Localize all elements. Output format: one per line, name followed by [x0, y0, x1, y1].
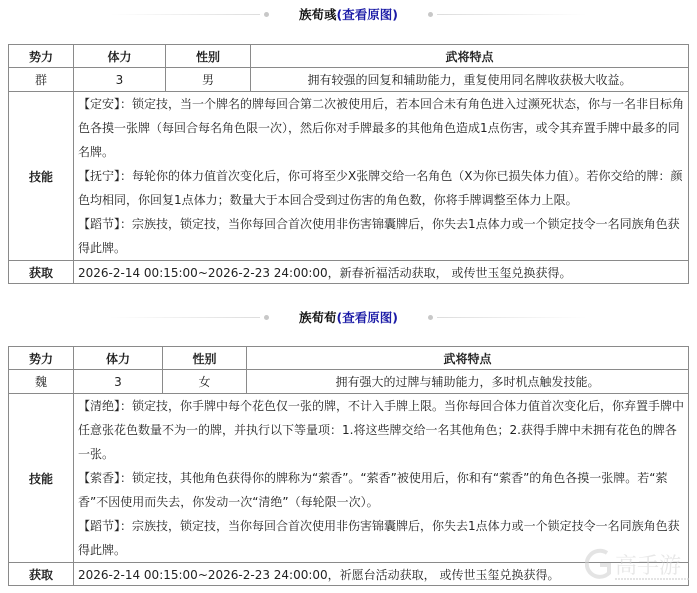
general-info-table: 势力 体力 性别 武将特点 群 3 男 拥有较强的回复和辅助能力，重复使用同名牌…: [8, 44, 689, 284]
basic-info-row: 群 3 男 拥有较强的回复和辅助能力，重复使用同名牌收获极大收益。: [9, 68, 689, 92]
divider-dot: [264, 12, 269, 17]
faction-value: 群: [9, 68, 74, 92]
skills-label: 技能: [9, 394, 74, 563]
divider-dot: [428, 12, 433, 17]
header-hp: 体力: [74, 347, 163, 370]
divider-line: [437, 14, 587, 15]
section-title-bar-1: 族荀彧(查看原图): [0, 1, 697, 27]
skills-cell: 【清绝】：锁定技，你手牌中每个花色仅一张的牌，不计入手牌上限。当你每回合体力值首…: [74, 394, 689, 563]
svg-text:高手游: 高手游: [615, 554, 681, 579]
header-gender: 性别: [163, 347, 247, 370]
skill-funing: 【抚宁】：每轮你的体力值首次变化后，你可将至少X张牌交给一名角色（X为你已损失体…: [78, 164, 684, 212]
basic-info-row: 魏 3 女 拥有强大的过牌与辅助能力，多时机点触发技能。: [9, 370, 689, 394]
gender-value: 女: [163, 370, 247, 394]
header-hp: 体力: [74, 45, 166, 68]
feature-value: 拥有较强的回复和辅助能力，重复使用同名牌收获极大收益。: [251, 68, 689, 92]
header-faction: 势力: [9, 45, 74, 68]
skill-daojie: 【蹈节】：宗族技，锁定技，当你每回合首次使用非伤害锦囊牌后，你失去1点体力或一个…: [78, 212, 684, 260]
skill-qingjue: 【清绝】：锁定技，你手牌中每个花色仅一张的牌，不计入手牌上限。当你每回合体力值首…: [78, 394, 684, 466]
skill-yingxiang: 【萦香】：锁定技，其他角色获得你的牌称为“萦香”。“萦香”被使用后，你和有“萦香…: [78, 466, 684, 514]
general-name: 族荀彧: [299, 7, 337, 22]
section-title-bar-2: 族荀荀(查看原图): [0, 304, 697, 330]
gender-value: 男: [166, 68, 251, 92]
skills-cell: 【定安】：锁定技，当一个牌名的牌每回合第二次被使用后，若本回合未有角色进入过濒死…: [74, 92, 689, 261]
general-title: 族荀彧(查看原图): [299, 5, 398, 23]
view-original-image-link[interactable]: (查看原图): [337, 310, 398, 325]
skills-row: 技能 【清绝】：锁定技，你手牌中每个花色仅一张的牌，不计入手牌上限。当你每回合体…: [9, 394, 689, 563]
general-title: 族荀荀(查看原图): [299, 308, 398, 326]
divider-line: [110, 14, 260, 15]
table-header-row: 势力 体力 性别 武将特点: [9, 347, 689, 370]
hp-value: 3: [74, 370, 163, 394]
divider-dot: [428, 315, 433, 320]
divider-line: [437, 317, 587, 318]
table-header-row: 势力 体力 性别 武将特点: [9, 45, 689, 68]
acquire-label: 获取: [9, 261, 74, 284]
view-original-image-link[interactable]: (查看原图): [337, 7, 398, 22]
divider-line: [110, 317, 260, 318]
hp-value: 3: [74, 68, 166, 92]
divider-dot: [264, 315, 269, 320]
faction-value: 魏: [9, 370, 74, 394]
watermark-logo-icon: 高手游: [585, 547, 693, 583]
skills-row: 技能 【定安】：锁定技，当一个牌名的牌每回合第二次被使用后，若本回合未有角色进入…: [9, 92, 689, 261]
feature-value: 拥有强大的过牌与辅助能力，多时机点触发技能。: [247, 370, 689, 394]
skill-dingan: 【定安】：锁定技，当一个牌名的牌每回合第二次被使用后，若本回合未有角色进入过濒死…: [78, 92, 684, 164]
general-name: 族荀荀: [299, 310, 337, 325]
acquire-row: 获取 2026-2-14 00:15:00~2026-2-23 24:00:00…: [9, 261, 689, 284]
site-watermark: 高手游: [585, 547, 693, 583]
acquire-label: 获取: [9, 563, 74, 586]
header-faction: 势力: [9, 347, 74, 370]
acquire-value: 2026-2-14 00:15:00~2026-2-23 24:00:00，新春…: [74, 261, 689, 284]
header-feature: 武将特点: [251, 45, 689, 68]
header-feature: 武将特点: [247, 347, 689, 370]
skills-label: 技能: [9, 92, 74, 261]
header-gender: 性别: [166, 45, 251, 68]
